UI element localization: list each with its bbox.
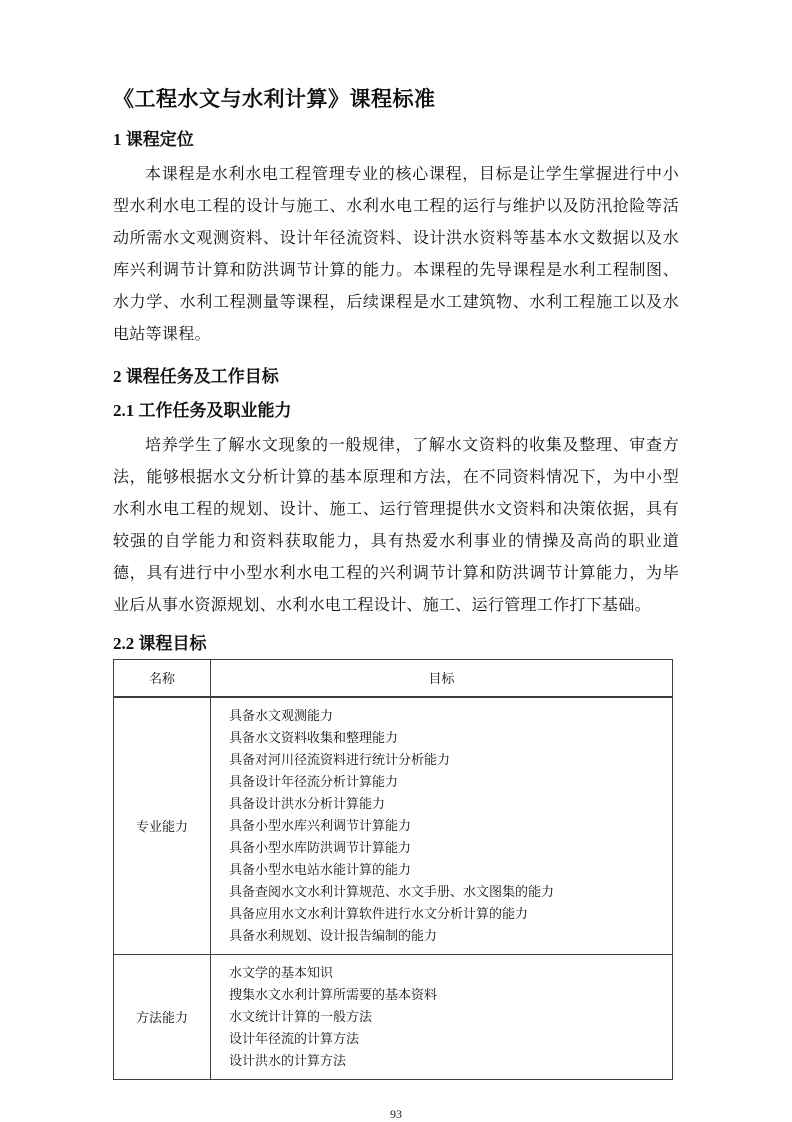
goals-cell: 具备水文观测能力具备水文资料收集和整理能力具备对河川径流资料进行统计分析能力具备… [211, 697, 673, 955]
header-cell-goal: 目标 [211, 660, 673, 697]
header-cell-name: 名称 [114, 660, 211, 697]
goal-item: 水文统计计算的一般方法 [229, 1006, 664, 1028]
category-name-cell: 专业能力 [114, 697, 211, 955]
goal-item: 设计年径流的计算方法 [229, 1028, 664, 1050]
page-number: 93 [113, 1106, 679, 1122]
goal-item: 设计洪水的计算方法 [229, 1050, 664, 1072]
course-goals-table: 名称 目标 专业能力具备水文观测能力具备水文资料收集和整理能力具备对河川径流资料… [113, 659, 673, 1080]
goal-item: 水文学的基本知识 [229, 962, 664, 984]
page-content: 《工程水文与水利计算》课程标准 1 课程定位 本课程是水利水电工程管理专业的核心… [0, 0, 792, 1122]
goal-item: 具备小型水库防洪调节计算能力 [229, 837, 664, 859]
goal-item: 具备水利规划、设计报告编制的能力 [229, 925, 664, 947]
section-heading-2: 2 课程任务及工作目标 [113, 365, 679, 389]
goal-item: 具备小型水库兴利调节计算能力 [229, 815, 664, 837]
section-heading-2-2: 2.2 课程目标 [113, 632, 679, 656]
table-row: 专业能力具备水文观测能力具备水文资料收集和整理能力具备对河川径流资料进行统计分析… [114, 697, 673, 955]
course-goals-table-body: 专业能力具备水文观测能力具备水文资料收集和整理能力具备对河川径流资料进行统计分析… [114, 697, 673, 1080]
goal-item: 具备查阅水文水利计算规范、水文手册、水文图集的能力 [229, 881, 664, 903]
section-heading-2-1: 2.1 工作任务及职业能力 [113, 399, 679, 423]
goal-item: 搜集水文水利计算所需要的基本资料 [229, 984, 664, 1006]
goal-item: 具备小型水电站水能计算的能力 [229, 859, 664, 881]
goal-item: 具备水文观测能力 [229, 705, 664, 727]
goal-item: 具备设计洪水分析计算能力 [229, 793, 664, 815]
section-heading-1: 1 课程定位 [113, 128, 679, 152]
goal-item: 具备设计年径流分析计算能力 [229, 771, 664, 793]
document-page: 《工程水文与水利计算》课程标准 1 课程定位 本课程是水利水电工程管理专业的核心… [0, 0, 792, 1122]
category-name-cell: 方法能力 [114, 954, 211, 1079]
document-title: 《工程水文与水利计算》课程标准 [113, 0, 679, 114]
paragraph-course-positioning: 本课程是水利水电工程管理专业的核心课程，目标是让学生掌握进行中小型水利水电工程的… [113, 159, 679, 351]
goal-item: 具备水文资料收集和整理能力 [229, 727, 664, 749]
goal-item: 具备应用水文水利计算软件进行水文分析计算的能力 [229, 903, 664, 925]
paragraph-tasks-abilities: 培养学生了解水文现象的一般规律，了解水文资料的收集及整理、审查方法，能够根据水文… [113, 430, 679, 622]
table-row: 方法能力水文学的基本知识搜集水文水利计算所需要的基本资料水文统计计算的一般方法设… [114, 954, 673, 1079]
table-header-row: 名称 目标 [114, 660, 673, 697]
course-goals-table-header: 名称 目标 [114, 660, 673, 697]
goal-item: 具备对河川径流资料进行统计分析能力 [229, 749, 664, 771]
goals-cell: 水文学的基本知识搜集水文水利计算所需要的基本资料水文统计计算的一般方法设计年径流… [211, 954, 673, 1079]
